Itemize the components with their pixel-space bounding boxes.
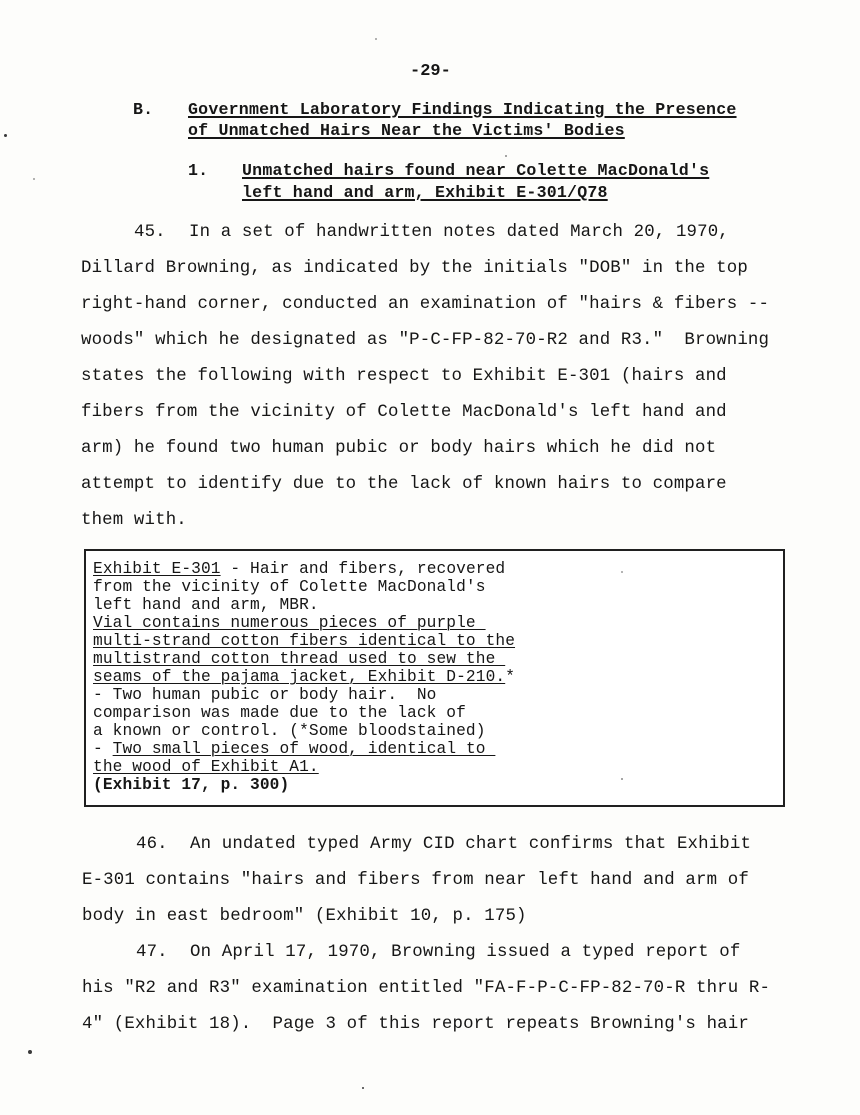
paragraph-number: 45.: [134, 223, 166, 243]
paragraph-line: arm) he found two human pubic or body ha…: [81, 439, 716, 459]
paragraph-line: In a set of handwritten notes dated Marc…: [189, 223, 729, 243]
paragraph-line: them with.: [81, 511, 187, 531]
scan-speck: [505, 155, 507, 157]
subsection-title-line-1: Unmatched hairs found near Colette MacDo…: [242, 161, 709, 181]
underlined-text: the wood of Exhibit A1.: [93, 758, 319, 776]
subsection-label: 1.: [188, 161, 208, 181]
paragraph-number: 47.: [136, 943, 168, 963]
exhibit-label: Exhibit E-301: [93, 560, 221, 578]
subsection-title-line-2: left hand and arm, Exhibit E-301/Q78: [242, 183, 608, 203]
exhibit-underlined-line: seams of the pajama jacket, Exhibit D-21…: [93, 668, 515, 686]
exhibit-line: left hand and arm, MBR.: [93, 596, 319, 614]
page-number: -29-: [410, 62, 451, 82]
scan-speck: [33, 178, 35, 180]
paragraph-number: 46.: [136, 835, 168, 855]
scan-speck: [375, 38, 377, 40]
exhibit-description: - Hair and fibers, recovered: [221, 560, 506, 578]
underlined-text: multi-strand cotton fibers identical to …: [93, 632, 515, 650]
scan-speck: [28, 1050, 32, 1054]
section-title-line-1: Government Laboratory Findings Indicatin…: [188, 100, 737, 120]
paragraph-line: An undated typed Army CID chart confirms…: [190, 835, 751, 855]
underlined-text: seams of the pajama jacket, Exhibit D-21…: [93, 668, 505, 686]
paragraph-line: attempt to identify due to the lack of k…: [81, 475, 727, 495]
paragraph-line: woods" which he designated as "P-C-FP-82…: [81, 331, 769, 351]
scan-speck: [362, 1087, 364, 1089]
exhibit-wood-line: the wood of Exhibit A1.: [93, 758, 319, 776]
underlined-text: Vial contains numerous pieces of purple: [93, 614, 486, 632]
exhibit-hair-line: - Two human pubic or body hair. No: [93, 686, 437, 704]
paragraph-line: his "R2 and R3" examination entitled "FA…: [82, 979, 770, 999]
underlined-text: multistrand cotton thread used to sew th…: [93, 650, 505, 668]
scan-speck: [621, 778, 623, 780]
exhibit-hair-line: a known or control. (*Some bloodstained): [93, 722, 486, 740]
paragraph-line: On April 17, 1970, Browning issued a typ…: [190, 943, 740, 963]
paragraph-line: right-hand corner, conducted an examinat…: [81, 295, 769, 315]
exhibit-e301-box: Exhibit E-301 - Hair and fibers, recover…: [84, 549, 785, 807]
paragraph-line: body in east bedroom" (Exhibit 10, p. 17…: [82, 907, 527, 927]
exhibit-underlined-line: multistrand cotton thread used to sew th…: [93, 650, 505, 668]
paragraph-line: E-301 contains "hairs and fibers from ne…: [82, 871, 749, 891]
section-label: B.: [133, 100, 153, 120]
bullet-dash: -: [93, 740, 113, 758]
paragraph-line: Dillard Browning, as indicated by the in…: [81, 259, 748, 279]
subsection-title-text: left hand and arm, Exhibit E-301/Q78: [242, 183, 608, 202]
underlined-text: Two small pieces of wood, identical to: [113, 740, 496, 758]
document-page: -29- B. Government Laboratory Findings I…: [0, 0, 860, 1115]
section-title-line-2: of Unmatched Hairs Near the Victims' Bod…: [188, 121, 625, 141]
exhibit-citation: (Exhibit 17, p. 300): [93, 776, 289, 794]
section-title-text: Government Laboratory Findings Indicatin…: [188, 100, 737, 119]
scan-speck: [621, 571, 623, 573]
section-title-text: of Unmatched Hairs Near the Victims' Bod…: [188, 121, 625, 140]
exhibit-line: from the vicinity of Colette MacDonald's: [93, 578, 486, 596]
paragraph-line: 4" (Exhibit 18). Page 3 of this report r…: [82, 1015, 749, 1035]
paragraph-line: fibers from the vicinity of Colette MacD…: [81, 403, 727, 423]
exhibit-underlined-line: Vial contains numerous pieces of purple: [93, 614, 486, 632]
asterisk-mark: *: [505, 668, 515, 686]
paragraph-line: states the following with respect to Exh…: [81, 367, 727, 387]
exhibit-heading-line: Exhibit E-301 - Hair and fibers, recover…: [93, 560, 505, 578]
exhibit-wood-line: - Two small pieces of wood, identical to: [93, 740, 495, 758]
scan-speck: [4, 134, 7, 137]
exhibit-underlined-line: multi-strand cotton fibers identical to …: [93, 632, 515, 650]
exhibit-hair-line: comparison was made due to the lack of: [93, 704, 466, 722]
subsection-title-text: Unmatched hairs found near Colette MacDo…: [242, 161, 709, 180]
